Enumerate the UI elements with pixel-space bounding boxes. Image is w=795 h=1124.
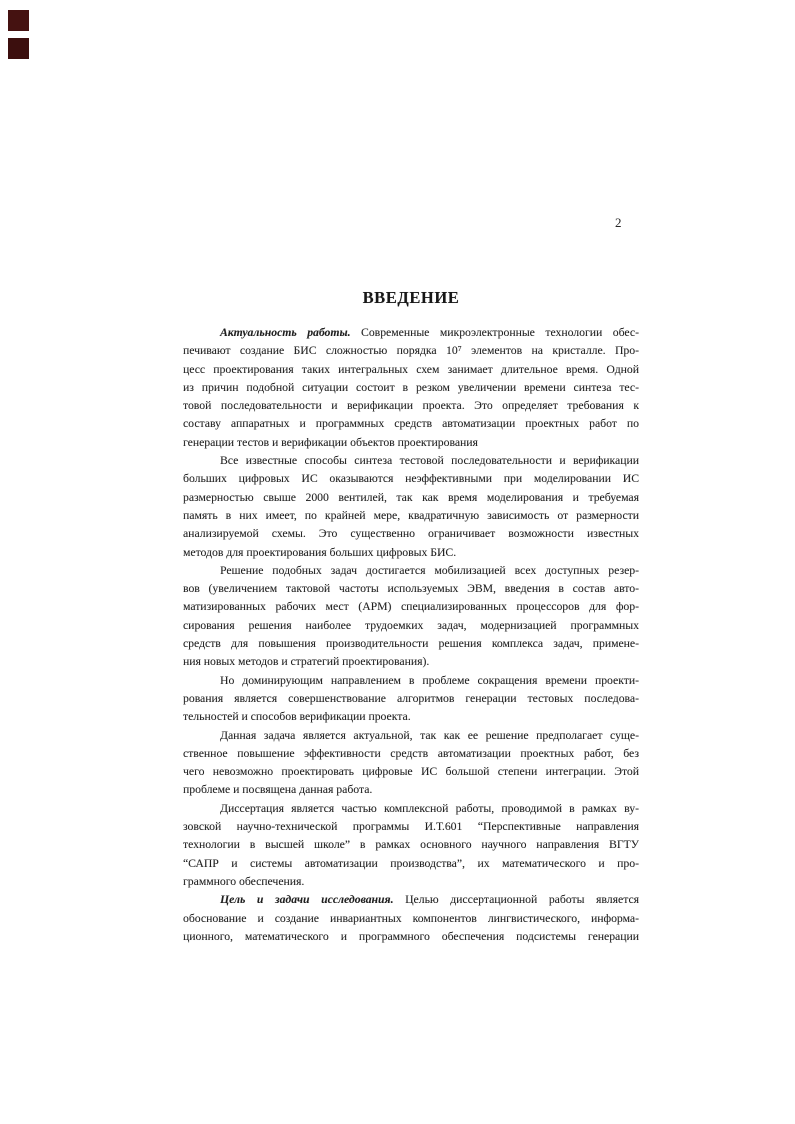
text-line-body: из причин подобной ситуации состоит в ре… xyxy=(183,381,639,394)
text-line: технологии в высшей школе” в рамках осно… xyxy=(183,836,639,854)
text-line-body: Решение подобных задач достигается мобил… xyxy=(220,564,639,577)
text-line: рования является совершенствование алгор… xyxy=(183,690,639,708)
text-line-body: Диссертация является частью комплексной … xyxy=(220,802,639,815)
scanned-page: 2 ВВЕДЕНИЕ Актуальность работы. Современ… xyxy=(0,0,795,1124)
text-line: анализируемой схемы. Это существенно огр… xyxy=(183,525,639,543)
text-line: составу аппаратных и программных средств… xyxy=(183,415,639,433)
text-line-body: матизированных рабочих мест (АРМ) специа… xyxy=(183,600,639,613)
scan-artifact-square xyxy=(8,10,29,31)
text-line-body: печивают создание БИС сложностью порядка… xyxy=(183,344,639,357)
text-line-body: чего невозможно проектировать цифровые И… xyxy=(183,765,639,778)
text-line: товой последовательности и верификации п… xyxy=(183,397,639,415)
text-line: ния новых методов и стратегий проектиров… xyxy=(183,653,639,671)
text-line: тельностей и способов верификации проект… xyxy=(183,708,639,726)
text-line: чего невозможно проектировать цифровые И… xyxy=(183,763,639,781)
text-line: генерации тестов и верификации объектов … xyxy=(183,434,639,452)
text-line-body: Целью диссертационной работы является xyxy=(394,893,640,906)
text-line: сирования решения наиболее трудоемких за… xyxy=(183,617,639,635)
text-line: “САПР и системы автоматизации производст… xyxy=(183,855,639,873)
text-line: из причин подобной ситуации состоит в ре… xyxy=(183,379,639,397)
text-line-body: технологии в высшей школе” в рамках осно… xyxy=(183,838,639,851)
paragraph-lead: Актуальность работы. xyxy=(220,326,351,339)
text-line-body: ния новых методов и стратегий проектиров… xyxy=(183,655,429,668)
text-line-body: обоснование и создание инвариантных комп… xyxy=(183,912,639,925)
text-line-body: методов для проектирования больших цифро… xyxy=(183,546,456,559)
text-line: обоснование и создание инвариантных комп… xyxy=(183,910,639,928)
text-line: проблеме и посвящена данная работа. xyxy=(183,781,639,799)
text-line-body: сирования решения наиболее трудоемких за… xyxy=(183,619,639,632)
text-line: цесс проектирования таких интегральных с… xyxy=(183,361,639,379)
text-line-body: проблеме и посвящена данная работа. xyxy=(183,783,372,796)
text-line-body: размерностью свыше 2000 вентилей, так ка… xyxy=(183,491,639,504)
text-line: Решение подобных задач достигается мобил… xyxy=(183,562,639,580)
text-line: Все известные способы синтеза тестовой п… xyxy=(183,452,639,470)
text-line: средств для повышения производительности… xyxy=(183,635,639,653)
text-line-body: “САПР и системы автоматизации производст… xyxy=(183,857,639,870)
text-line-body: ционного, математического и программного… xyxy=(183,930,639,943)
text-line: зовской научно-технической программы И.Т… xyxy=(183,818,639,836)
text-line-body: Данная задача является актуальной, так к… xyxy=(220,729,639,742)
text-line-body: вов (увеличением тактовой частоты исполь… xyxy=(183,582,639,595)
paragraph-lead: Цель и задачи исследования. xyxy=(220,893,394,906)
text-line: больших цифровых ИС оказываются неэффект… xyxy=(183,470,639,488)
text-line: Актуальность работы. Современные микроэл… xyxy=(183,324,639,342)
scan-artifact-square xyxy=(8,38,29,59)
text-line: ственное повышение эффективности средств… xyxy=(183,745,639,763)
text-line-body: цесс проектирования таких интегральных с… xyxy=(183,363,639,376)
text-line: Цель и задачи исследования. Целью диссер… xyxy=(183,891,639,909)
text-line: Но доминирующим направлением в проблеме … xyxy=(183,672,639,690)
text-line: граммного обеспечения. xyxy=(183,873,639,891)
text-line-body: анализируемой схемы. Это существенно огр… xyxy=(183,527,639,540)
text-line: вов (увеличением тактовой частоты исполь… xyxy=(183,580,639,598)
document-title: ВВЕДЕНИЕ xyxy=(183,288,639,308)
text-line-body: память в них имеет, по крайней мере, ква… xyxy=(183,509,639,522)
text-line-body: генерации тестов и верификации объектов … xyxy=(183,436,478,449)
page-number: 2 xyxy=(615,215,622,231)
text-line-body: средств для повышения производительности… xyxy=(183,637,639,650)
text-line: методов для проектирования больших цифро… xyxy=(183,544,639,562)
text-line-body: Современные микроэлектронные технологии … xyxy=(351,326,639,339)
text-line-body: зовской научно-технической программы И.Т… xyxy=(183,820,639,833)
text-line: память в них имеет, по крайней мере, ква… xyxy=(183,507,639,525)
text-line-body: граммного обеспечения. xyxy=(183,875,304,888)
text-line-body: рования является совершенствование алгор… xyxy=(183,692,639,705)
text-line-body: Но доминирующим направлением в проблеме … xyxy=(220,674,639,687)
text-block: Актуальность работы. Современные микроэл… xyxy=(183,324,639,946)
text-line-body: больших цифровых ИС оказываются неэффект… xyxy=(183,472,639,485)
text-line: печивают создание БИС сложностью порядка… xyxy=(183,342,639,360)
text-line-body: товой последовательности и верификации п… xyxy=(183,399,639,412)
text-line-body: тельностей и способов верификации проект… xyxy=(183,710,411,723)
text-line: Данная задача является актуальной, так к… xyxy=(183,727,639,745)
text-line-body: ственное повышение эффективности средств… xyxy=(183,747,639,760)
text-line: ционного, математического и программного… xyxy=(183,928,639,946)
text-line: Диссертация является частью комплексной … xyxy=(183,800,639,818)
text-line: матизированных рабочих мест (АРМ) специа… xyxy=(183,598,639,616)
text-line-body: Все известные способы синтеза тестовой п… xyxy=(220,454,639,467)
text-line-body: составу аппаратных и программных средств… xyxy=(183,417,639,430)
text-line: размерностью свыше 2000 вентилей, так ка… xyxy=(183,489,639,507)
